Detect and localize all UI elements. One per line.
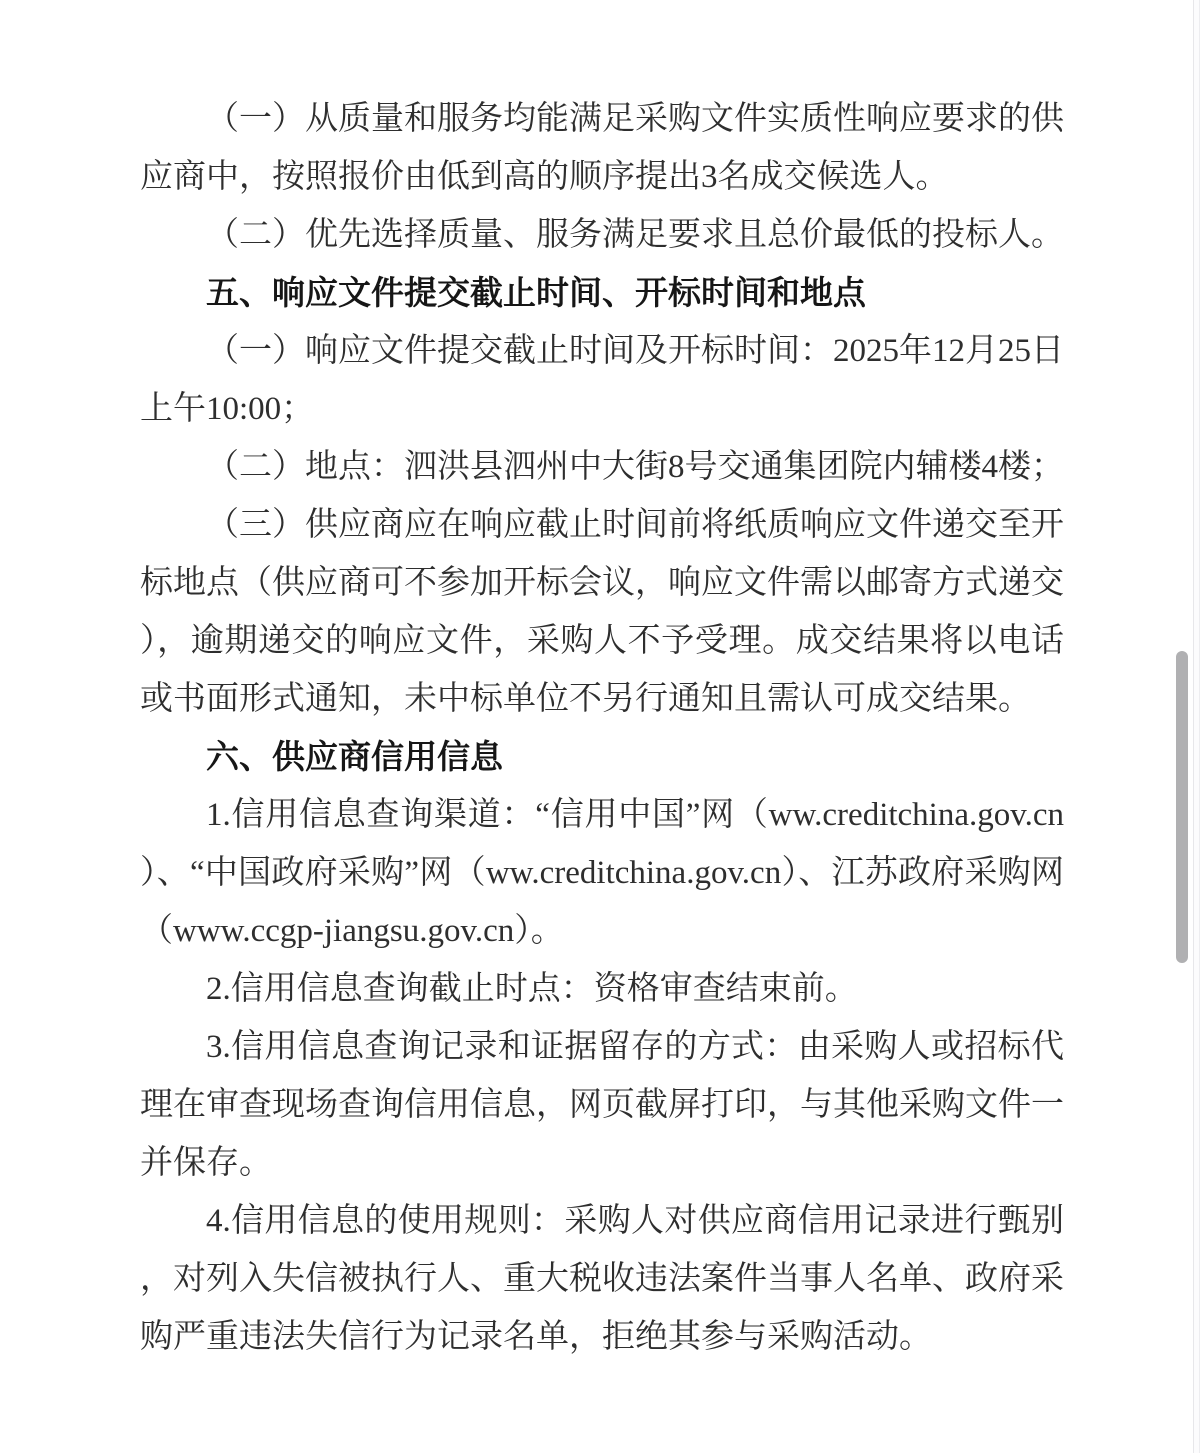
paragraph-deadline-time: （一）响应文件提交截止时间及开标时间：2025年12月25日上午10:00；: [140, 322, 1064, 438]
scrollbar-track[interactable]: [1193, 0, 1200, 1453]
paragraph-credit-channels: 1.信用信息查询渠道：“信用中国”网（ww.creditchina.gov.cn…: [140, 786, 1064, 960]
section-heading-five: 五、响应文件提交截止时间、开标时间和地点: [140, 264, 1064, 322]
section-heading-six: 六、供应商信用信息: [140, 728, 1064, 786]
paragraph-lowest-price: （二）优先选择质量、服务满足要求且总价最低的投标人。: [140, 206, 1064, 264]
paragraph-credit-deadline: 2.信用信息查询截止时点：资格审查结束前。: [140, 960, 1064, 1018]
paragraph-location: （二）地点：泗洪县泗州中大街8号交通集团院内辅楼4楼；: [140, 438, 1064, 496]
document-text-area: （一）从质量和服务均能满足采购文件实质性响应要求的供应商中，按照报价由低到高的顺…: [140, 90, 1064, 1366]
paragraph-quality-candidates: （一）从质量和服务均能满足采购文件实质性响应要求的供应商中，按照报价由低到高的顺…: [140, 90, 1064, 206]
paragraph-submission-rules: （三）供应商应在响应截止时间前将纸质响应文件递交至开标地点（供应商可不参加开标会…: [140, 496, 1064, 728]
paragraph-credit-usage-rules: 4.信用信息的使用规则：采购人对供应商信用记录进行甄别，对列入失信被执行人、重大…: [140, 1192, 1064, 1366]
paragraph-credit-records: 3.信用信息查询记录和证据留存的方式：由采购人或招标代理在审查现场查询信用信息，…: [140, 1018, 1064, 1192]
document-page: （一）从质量和服务均能满足采购文件实质性响应要求的供应商中，按照报价由低到高的顺…: [0, 0, 1200, 1453]
scrollbar-thumb[interactable]: [1176, 651, 1188, 963]
